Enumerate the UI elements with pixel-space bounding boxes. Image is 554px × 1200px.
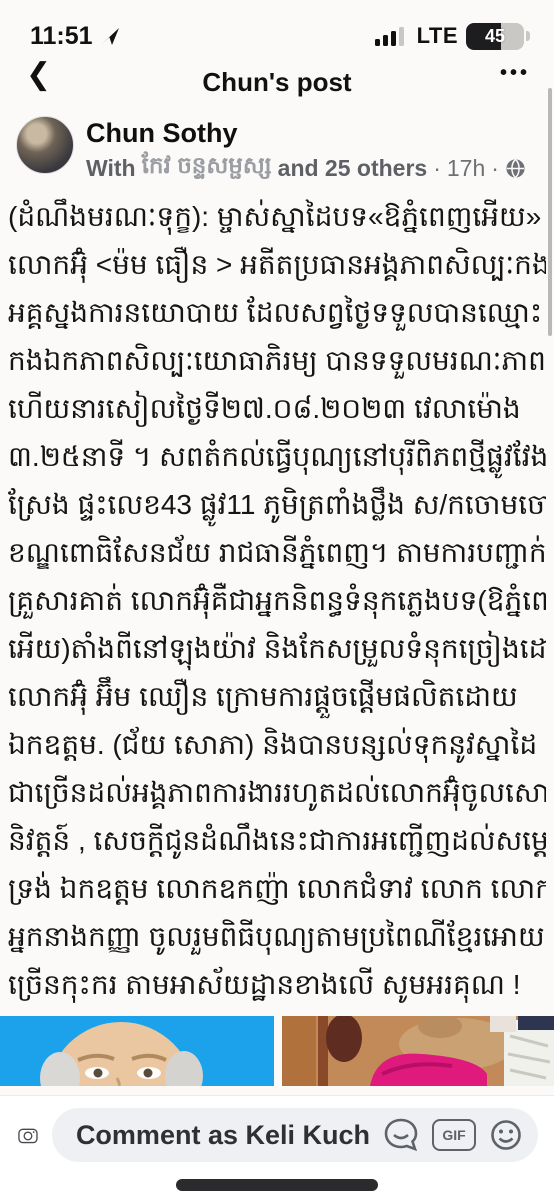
- nav-bar: ❮ Chun's post •••: [0, 56, 554, 108]
- post-body: (ដំណឹងមរណៈទុក្ខ): ម្ចាស់ស្នាដៃបទ«ឱភ្នំពេ…: [0, 185, 554, 1009]
- time-ago: 17h: [447, 155, 485, 182]
- post-body-line: គ្រួសារគាត់ លោកអ៊ុំគឺជាអ្នកនិពន្ធទំនុកភ្…: [8, 577, 546, 625]
- post-body-line: លោកអ៊ុំ <ម៉ម ធឿន > អតីតប្រធានអង្គភាពសិល្…: [8, 241, 546, 289]
- post-body-line: លោកអ៊ុំ អ៊ឹម ឈឿន ក្រោមការផ្ដួចផ្ដើមផលិតដ…: [8, 673, 546, 721]
- post-body-line: (ដំណឹងមរណៈទុក្ខ): ម្ចាស់ស្នាដៃបទ«ឱភ្នំពេ…: [8, 193, 546, 241]
- post-body-line: ហើយនារសៀលថ្ងៃទី២៧.០៨.២០២៣ វេលាម៉ោង: [8, 385, 546, 433]
- clock-time: 11:51: [30, 22, 93, 51]
- network-type-label: LTE: [417, 23, 458, 49]
- phone-screen: 11:51 LTE 45 ❮ Chun's post •••: [0, 0, 554, 1200]
- page-title: Chun's post: [202, 67, 351, 98]
- tagged-friend[interactable]: កែវ ចន្ទសម្ផស្ស: [142, 152, 272, 185]
- post-body-line: អ្នកនាងកញ្ញា ចូលរួមពិធីបុណ្យតាមប្រពៃណីខ្…: [8, 913, 546, 961]
- post-meta: With កែវ ចន្ទសម្ផស្ស and 25 others · 17h…: [86, 152, 526, 185]
- comment-bar: Comment as Keli Kuch GIF: [0, 1096, 554, 1200]
- camera-icon[interactable]: [18, 1117, 38, 1153]
- author-name[interactable]: Chun Sothy: [86, 118, 526, 149]
- post-body-line: ខណ្ឌពោធិសែនជ័យ រាជធានីភ្នំពេញ។ តាមការបញ្…: [8, 529, 546, 577]
- post-body-line: ជាច្រើនដល់អង្គភាពការងាររហូតដល់លោកអ៊ុំចូល…: [8, 769, 546, 817]
- avatar[interactable]: [16, 116, 74, 174]
- battery-icon: 45: [466, 23, 524, 50]
- post-body-line: ឯកឧត្តម. (ជ័យ សោភា) និងបានបន្សល់ទុកនូវស្…: [8, 721, 546, 769]
- back-chevron-icon[interactable]: ❮: [26, 60, 51, 90]
- post-body-line: អើយ)តាំងពីនៅឡុងយ៉ាវ និងកែសម្រួលទំនុកច្រៀ…: [8, 625, 546, 673]
- battery-percent: 45: [485, 26, 505, 47]
- more-options-icon[interactable]: •••: [500, 62, 530, 85]
- sticker-icon[interactable]: [382, 1117, 420, 1153]
- emoji-icon[interactable]: [488, 1117, 524, 1153]
- status-bar: 11:51 LTE 45: [0, 0, 554, 56]
- scrollbar[interactable]: [548, 88, 552, 336]
- dot-separator: ·: [433, 155, 441, 182]
- photo-funeral-scene[interactable]: [282, 1016, 554, 1086]
- comment-placeholder: Comment as Keli Kuch: [76, 1120, 370, 1151]
- comment-input[interactable]: Comment as Keli Kuch GIF: [52, 1108, 538, 1162]
- post-body-line: ទ្រង់ ឯកឧត្តម លោកឧកញ៉ា លោកជំទាវ លោក លោកស…: [8, 865, 546, 913]
- dot-separator: ·: [491, 155, 499, 182]
- with-label: With: [86, 155, 136, 182]
- photo-portrait-blue[interactable]: [0, 1016, 274, 1086]
- post-body-line: ៣.២៥នាទី ។ សពតំកល់ធ្វើបុណ្យនៅបុរីពិភពថ្ម…: [8, 433, 546, 481]
- post-header: Chun Sothy With កែវ ចន្ទសម្ផស្ស and 25 o…: [0, 108, 554, 185]
- post-body-line: កងឯកភាពសិល្បៈយោធាភិរម្យ បានទទួលមរណៈភាព: [8, 337, 546, 385]
- signal-bars-icon: [375, 25, 409, 47]
- battery-cap: [526, 31, 530, 41]
- location-arrow-icon: [99, 25, 121, 47]
- post-photos: [0, 1016, 554, 1086]
- others-label[interactable]: and 25 others: [278, 155, 428, 182]
- post-body-line: អគ្គស្នងការនយោបាយ ដែលសព្វថ្ងៃទទួលបានឈ្មោ…: [8, 289, 546, 337]
- post-body-line: ច្រើនកុះករ តាមអាស័យដ្ឋានខាងលើ សូមអរគុណ !: [8, 961, 546, 1009]
- gif-icon[interactable]: GIF: [432, 1119, 476, 1151]
- globe-icon: [505, 158, 526, 179]
- post-body-line: និវត្តន៍ , សេចក្ដីជូនដំណឹងនេះជាការអញ្ជើញ…: [8, 817, 546, 865]
- post-body-line: ស្រែង ផ្ទះលេខ43 ផ្លូវ11 ភូមិត្រពាំងថ្លឹង…: [8, 481, 546, 529]
- home-indicator[interactable]: [176, 1179, 378, 1191]
